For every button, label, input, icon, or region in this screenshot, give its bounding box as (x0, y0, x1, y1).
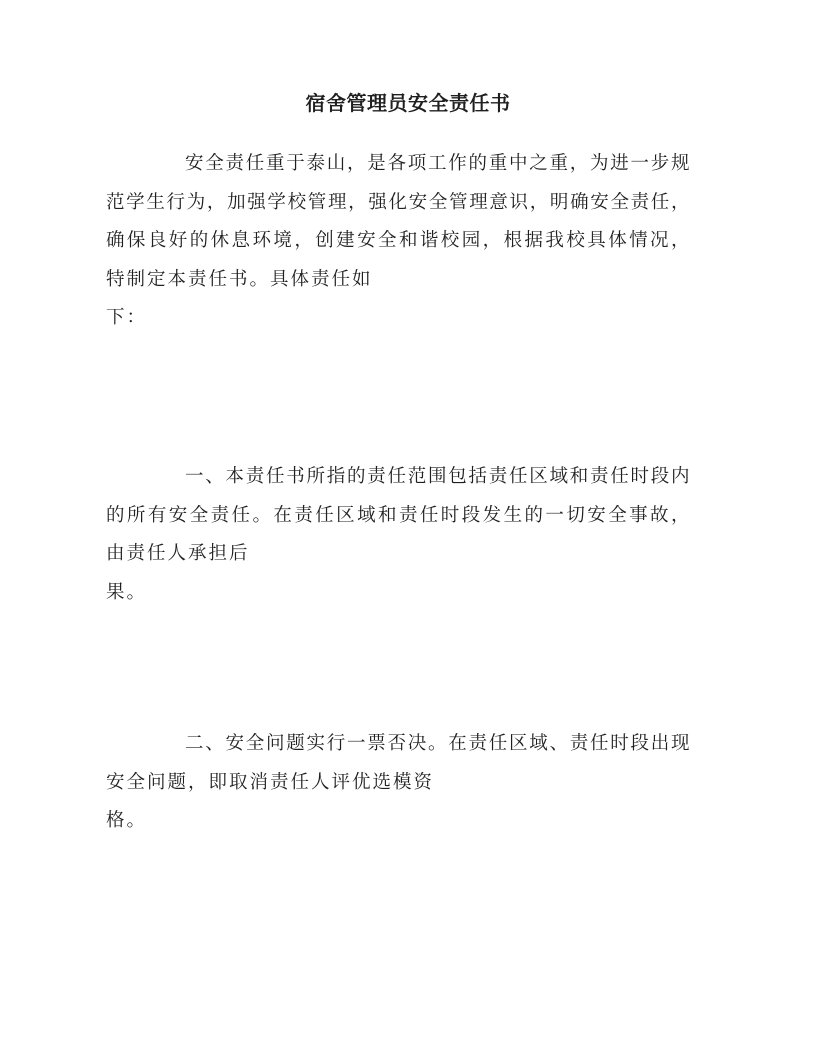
text-line: 的所有安全责任。在责任区域和责任时段发生的一切安全事故， (106, 497, 690, 536)
text-line: 安全责任重于泰山，是各项工作的重中之重，为进一步规 (106, 145, 690, 184)
text-line: 安全问题，即取消责任人评优选模资 (106, 764, 690, 803)
text-line: 二、安全问题实行一票否决。在责任区域、责任时段出现 (106, 725, 690, 764)
text-line: 一、本责任书所指的责任范围包括责任区域和责任时段内 (106, 458, 690, 497)
paragraph-clause-2: 二、安全问题实行一票否决。在责任区域、责任时段出现 安全问题，即取消责任人评优选… (106, 725, 690, 841)
paragraph-intro: 安全责任重于泰山，是各项工作的重中之重，为进一步规 范学生行为，加强学校管理，强… (106, 145, 690, 338)
text-line: 下： (106, 299, 690, 338)
document-page: 宿舍管理员安全责任书 安全责任重于泰山，是各项工作的重中之重，为进一步规 范学生… (0, 0, 816, 1056)
text-line: 由责任人承担后 (106, 535, 690, 574)
text-line: 格。 (106, 802, 690, 841)
text-line: 范学生行为，加强学校管理，强化安全管理意识，明确安全责任， (106, 184, 690, 223)
text-line: 确保良好的休息环境，创建安全和谐校园，根据我校具体情况， (106, 222, 690, 261)
text-line: 特制定本责任书。具体责任如 (106, 261, 690, 300)
text-line: 果。 (106, 574, 690, 613)
paragraph-clause-1: 一、本责任书所指的责任范围包括责任区域和责任时段内 的所有安全责任。在责任区域和… (106, 458, 690, 612)
document-title: 宿舍管理员安全责任书 (0, 90, 816, 118)
